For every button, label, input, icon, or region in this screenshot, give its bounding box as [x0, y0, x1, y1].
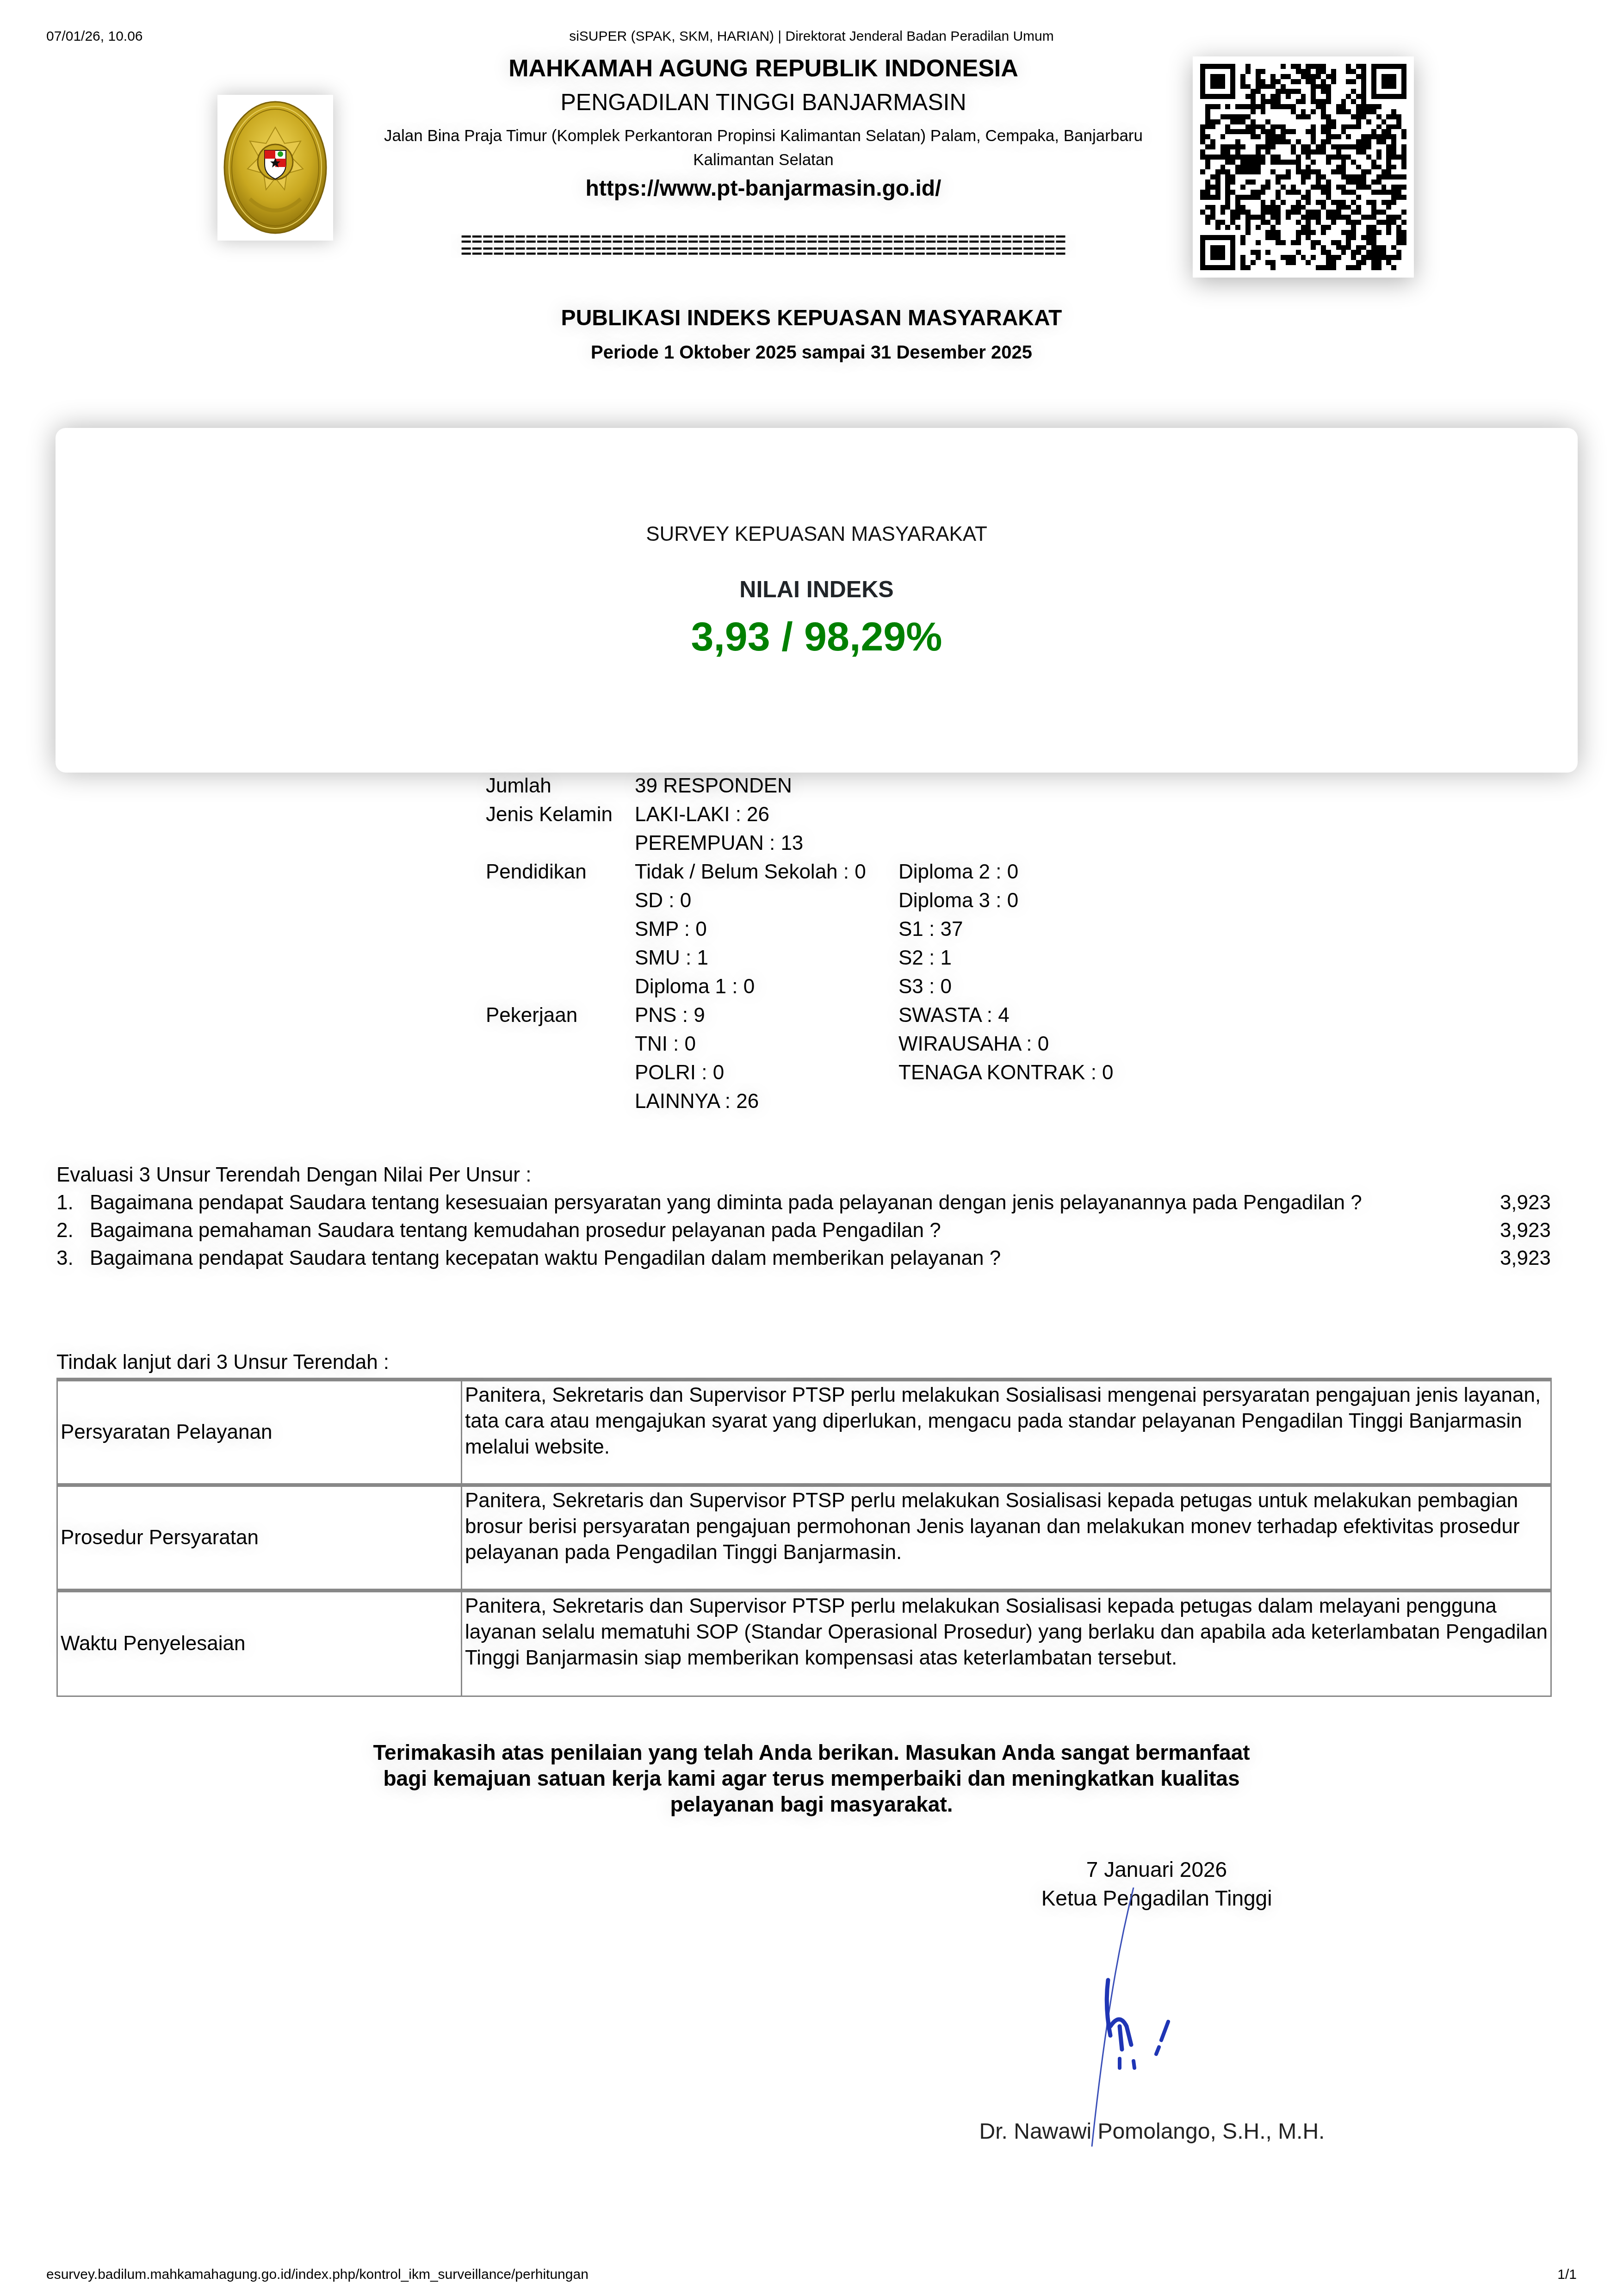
letterhead: MAHKAMAH AGUNG REPUBLIK INDONESIA PENGAD… — [0, 51, 1623, 282]
follow-up-action: Panitera, Sekretaris dan Supervisor PTSP… — [462, 1590, 1551, 1696]
evaluation-number: 2. — [56, 1217, 90, 1244]
court-logo — [217, 95, 333, 241]
table-row: Waktu Penyelesaian Panitera, Sekretaris … — [57, 1590, 1551, 1696]
address-line-1: Jalan Bina Praja Timur (Komplek Perkanto… — [356, 124, 1171, 148]
evaluation-item: 3. Bagaimana pendapat Saudara tentang ke… — [56, 1244, 1551, 1272]
stat-jumlah-value: 39 RESPONDEN — [635, 772, 1114, 800]
qr-code-icon — [1200, 64, 1406, 270]
follow-up-action: Panitera, Sekretaris dan Supervisor PTSP… — [462, 1485, 1551, 1590]
stat-education-item: S2 : 1 — [898, 944, 1114, 972]
follow-up-title: Tindak lanjut dari 3 Unsur Terendah : — [56, 1351, 389, 1374]
letterhead-text: MAHKAMAH AGUNG REPUBLIK INDONESIA PENGAD… — [356, 51, 1171, 258]
stat-job-item: TENAGA KONTRAK : 0 — [898, 1058, 1114, 1087]
stat-education-item: Tidak / Belum Sekolah : 0 — [635, 858, 898, 886]
signature-date: 7 Januari 2026 — [925, 1855, 1388, 1884]
table-row: Persyaratan Pelayanan Panitera, Sekretar… — [57, 1380, 1551, 1485]
stat-education-item: SMP : 0 — [635, 915, 898, 944]
stat-gender-male: LAKI-LAKI : 26 — [635, 800, 898, 829]
print-page-number: 1/1 — [1557, 2267, 1577, 2283]
follow-up-key: Prosedur Persyaratan — [57, 1485, 462, 1590]
publication-title: PUBLIKASI INDEKS KEPUASAN MASYARAKAT — [0, 305, 1623, 331]
court-website: https://www.pt-banjarmasin.go.id/ — [356, 176, 1171, 201]
evaluation-item: 2. Bagaimana pemahaman Saudara tentang k… — [56, 1217, 1551, 1244]
mahkamah-agung-emblem-icon — [222, 99, 328, 236]
stat-job-item: TNI : 0 — [635, 1030, 898, 1058]
stat-education-item: Diploma 2 : 0 — [898, 858, 1114, 886]
court-name: PENGADILAN TINGGI BANJARMASIN — [356, 89, 1171, 116]
stat-education-item: Diploma 3 : 0 — [898, 886, 1114, 915]
institution-title: MAHKAMAH AGUNG REPUBLIK INDONESIA — [356, 55, 1171, 82]
stat-label-jumlah: Jumlah — [486, 772, 635, 800]
signature-icon — [1064, 1888, 1249, 2147]
evaluation-number: 1. — [56, 1189, 90, 1217]
stat-job-item: POLRI : 0 — [635, 1058, 898, 1087]
stat-education-item: SD : 0 — [635, 886, 898, 915]
print-url: esurvey.badilum.mahkamahagung.go.id/inde… — [46, 2267, 588, 2283]
follow-up-table: Persyaratan Pelayanan Panitera, Sekretar… — [56, 1378, 1552, 1697]
evaluation-value: 3,923 — [1495, 1244, 1551, 1272]
print-page-title: siSUPER (SPAK, SKM, HARIAN) | Direktorat… — [0, 29, 1623, 44]
print-footer: esurvey.badilum.mahkamahagung.go.id/inde… — [0, 2267, 1623, 2285]
stat-job-item: LAINNYA : 26 — [635, 1087, 898, 1116]
stat-label-job: Pekerjaan — [486, 1001, 635, 1030]
publication-period: Periode 1 Oktober 2025 sampai 31 Desembe… — [0, 342, 1623, 363]
evaluation-section: Evaluasi 3 Unsur Terendah Dengan Nilai P… — [56, 1161, 1551, 1272]
address-line-2: Kalimantan Selatan — [356, 148, 1171, 172]
stat-job-item: PNS : 9 — [635, 1001, 898, 1030]
stat-job-item: SWASTA : 4 — [898, 1001, 1114, 1030]
evaluation-title: Evaluasi 3 Unsur Terendah Dengan Nilai P… — [56, 1161, 1551, 1189]
rule-line-2: ========================================… — [356, 246, 1171, 258]
qr-code — [1193, 56, 1414, 278]
index-value: 3,93 / 98,29% — [56, 613, 1578, 660]
stat-education-item: SMU : 1 — [635, 944, 898, 972]
follow-up-key: Persyaratan Pelayanan — [57, 1380, 462, 1485]
stat-education-item: S3 : 0 — [898, 972, 1114, 1001]
evaluation-value: 3,923 — [1495, 1217, 1551, 1244]
stat-label-gender: Jenis Kelamin — [486, 800, 635, 829]
stat-education-item: Diploma 1 : 0 — [635, 972, 898, 1001]
follow-up-key: Waktu Penyelesaian — [57, 1590, 462, 1696]
print-header: 07/01/26, 10.06 siSUPER (SPAK, SKM, HARI… — [0, 29, 1623, 47]
letterhead-rule: ========================================… — [356, 234, 1171, 258]
stat-job-item: WIRAUSAHA : 0 — [898, 1030, 1114, 1058]
stat-gender-female: PEREMPUAN : 13 — [635, 829, 898, 858]
signatory-name: Dr. Nawawi Pomolango, S.H., M.H. — [944, 2119, 1360, 2144]
stat-education-item: S1 : 37 — [898, 915, 1114, 944]
court-address: Jalan Bina Praja Timur (Komplek Perkanto… — [356, 124, 1171, 172]
evaluation-item: 1. Bagaimana pendapat Saudara tentang ke… — [56, 1189, 1551, 1217]
survey-label: SURVEY KEPUASAN MASYARAKAT — [56, 523, 1578, 546]
evaluation-number: 3. — [56, 1244, 90, 1272]
table-row: Prosedur Persyaratan Panitera, Sekretari… — [57, 1485, 1551, 1590]
index-heading: NILAI INDEKS — [56, 576, 1578, 603]
respondent-stats: Jumlah 39 RESPONDEN Jenis Kelamin LAKI-L… — [486, 772, 1114, 1116]
thank-you-note: Terimakasih atas penilaian yang telah An… — [370, 1739, 1253, 1817]
evaluation-question: Bagaimana pendapat Saudara tentang keses… — [90, 1189, 1495, 1217]
evaluation-question: Bagaimana pendapat Saudara tentang kecep… — [90, 1244, 1495, 1272]
index-card: SURVEY KEPUASAN MASYARAKAT NILAI INDEKS … — [56, 428, 1578, 773]
evaluation-question: Bagaimana pemahaman Saudara tentang kemu… — [90, 1217, 1495, 1244]
stat-label-education: Pendidikan — [486, 858, 635, 886]
evaluation-value: 3,923 — [1495, 1189, 1551, 1217]
follow-up-action: Panitera, Sekretaris dan Supervisor PTSP… — [462, 1380, 1551, 1485]
